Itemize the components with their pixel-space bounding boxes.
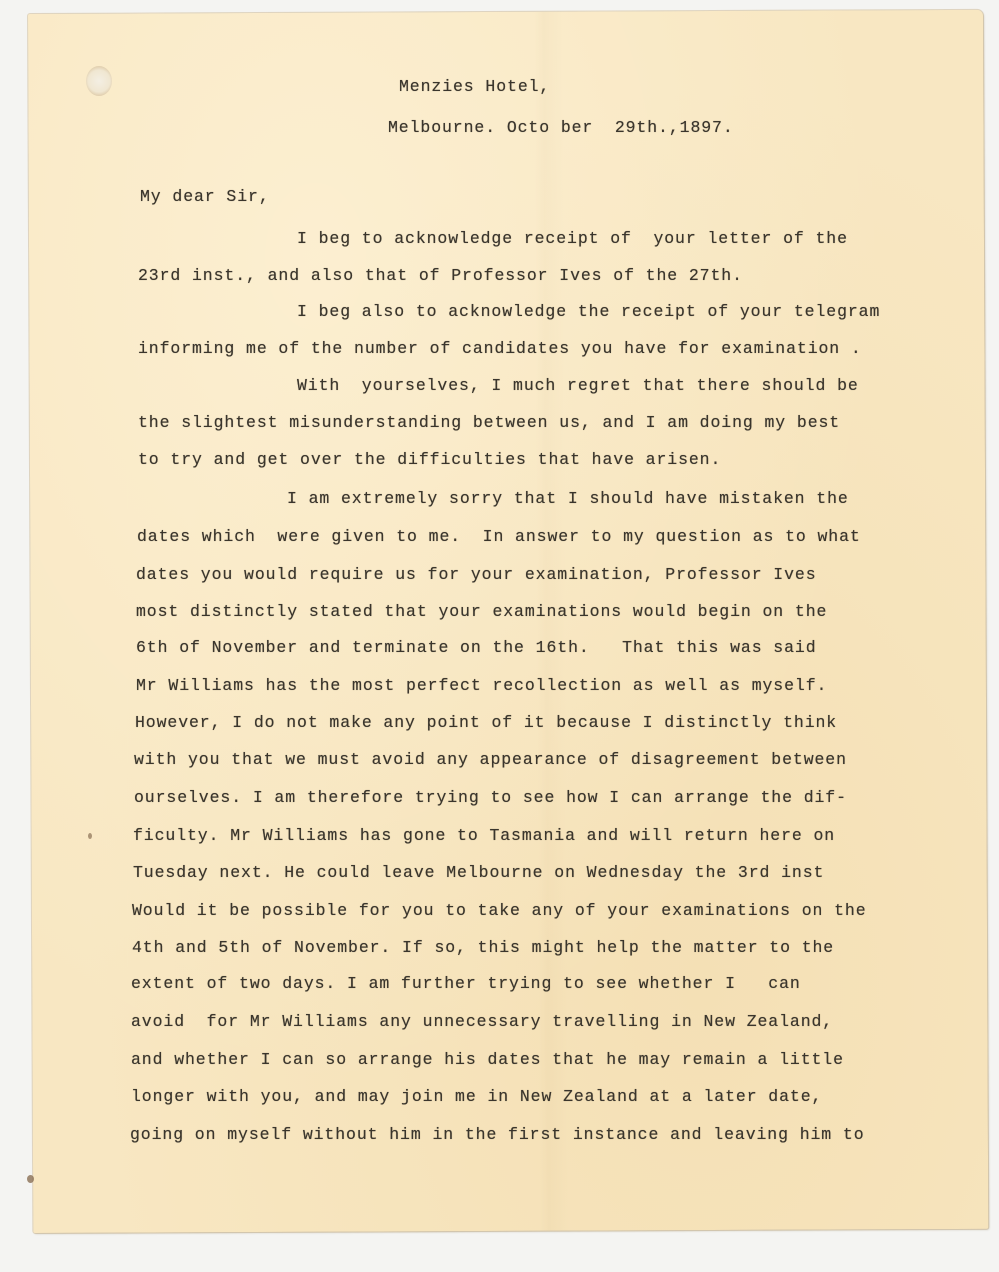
ink-spot <box>88 833 92 839</box>
body-line: 4th and 5th of November. If so, this mig… <box>132 938 834 958</box>
body-line: longer with you, and may join me in New … <box>131 1087 822 1107</box>
salutation: My dear Sir, <box>140 187 270 207</box>
body-line: Would it be possible for you to take any… <box>132 901 867 921</box>
body-line: the slightest misunderstanding between u… <box>138 413 840 433</box>
body-line: to try and get over the difficulties tha… <box>138 450 721 470</box>
body-line: dates you would require us for your exam… <box>136 565 817 585</box>
body-line: with you that we must avoid any appearan… <box>134 750 847 770</box>
punch-hole-mark <box>86 66 112 96</box>
body-line: I beg to acknowledge receipt of your let… <box>297 229 848 249</box>
body-line: ficulty. Mr Williams has gone to Tasmani… <box>133 826 835 846</box>
body-line: With yourselves, I much regret that ther… <box>297 376 859 396</box>
body-line: avoid for Mr Williams any unnecessary tr… <box>131 1012 833 1032</box>
letterhead-place-date: Melbourne. Octo ber 29th.,1897. <box>388 118 734 138</box>
body-line: ourselves. I am therefore trying to see … <box>134 788 847 808</box>
body-line: and whether I can so arrange his dates t… <box>131 1050 844 1070</box>
body-line: I beg also to acknowledge the receipt of… <box>297 302 880 322</box>
body-line: dates which were given to me. In answer … <box>137 527 861 547</box>
body-line: going on myself without him in the first… <box>130 1125 865 1145</box>
body-line: However, I do not make any point of it b… <box>135 713 837 733</box>
body-line: most distinctly stated that your examina… <box>136 602 827 622</box>
body-line: I am extremely sorry that I should have … <box>287 489 849 509</box>
body-line: Mr Williams has the most perfect recolle… <box>136 676 827 696</box>
body-line: 6th of November and terminate on the 16t… <box>136 638 817 658</box>
body-line: informing me of the number of candidates… <box>138 339 862 359</box>
body-line: 23rd inst., and also that of Professor I… <box>138 266 743 286</box>
body-line: Tuesday next. He could leave Melbourne o… <box>133 863 824 883</box>
body-line: extent of two days. I am further trying … <box>131 974 801 994</box>
letterhead-hotel: Menzies Hotel, <box>399 77 550 97</box>
ink-spot <box>27 1175 34 1183</box>
